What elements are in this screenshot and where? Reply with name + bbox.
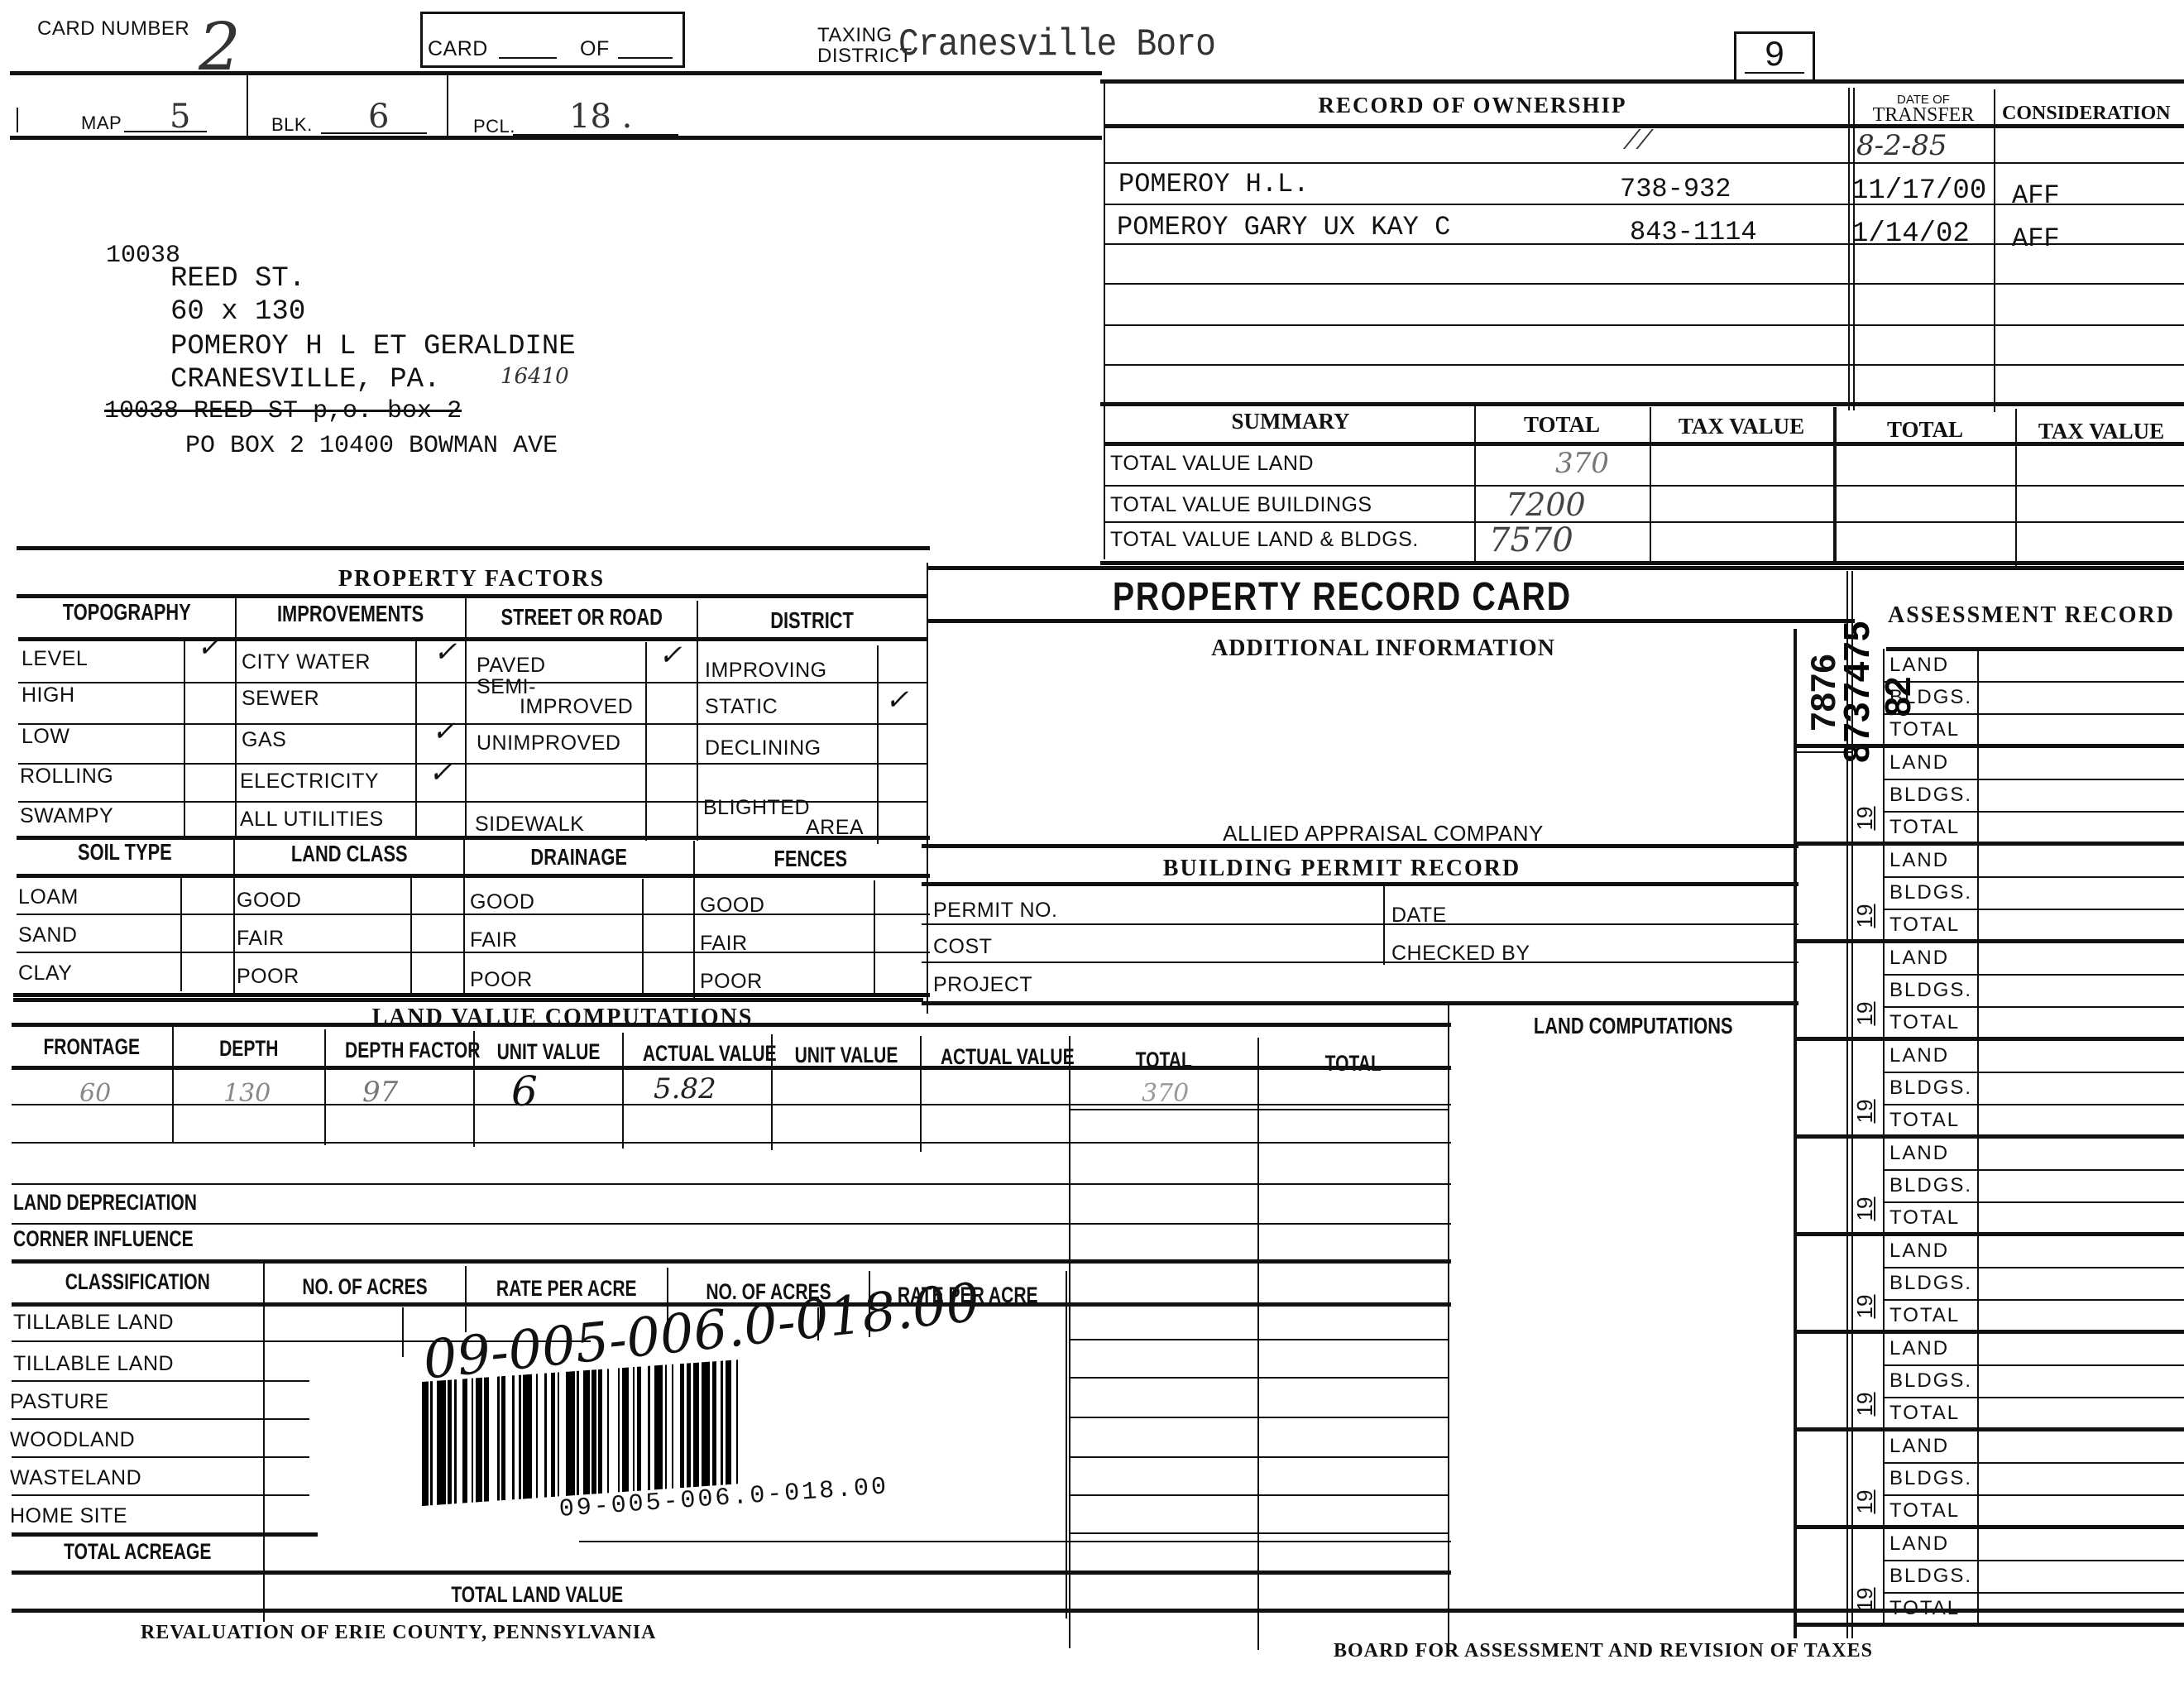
rule xyxy=(465,597,467,839)
rule xyxy=(1070,1109,1448,1110)
assessment-land-label: LAND xyxy=(1889,751,1949,774)
assessment-bldgs-field[interactable] xyxy=(1980,1560,2184,1592)
assessment-total-field[interactable] xyxy=(1980,1397,2184,1429)
owner-date: 11/17/00 xyxy=(1851,175,1986,207)
ownership-row0-date: 8-2-85 xyxy=(1856,129,1947,162)
rule xyxy=(1883,1430,1885,1527)
card-blank[interactable] xyxy=(499,57,557,59)
assessment-land-field[interactable] xyxy=(1980,1332,2184,1364)
rule xyxy=(17,546,930,550)
rule xyxy=(235,596,237,836)
assessment-total-field[interactable] xyxy=(1980,713,2184,746)
barcode-bar xyxy=(536,1374,539,1498)
barcode-bar xyxy=(648,1366,650,1490)
rule xyxy=(18,637,928,641)
rule xyxy=(1100,79,2184,84)
factor-item-low: LOW xyxy=(22,725,69,749)
rule xyxy=(1070,1456,1448,1458)
fences-item: FAIR xyxy=(700,932,748,956)
rule xyxy=(1070,1494,1448,1496)
barcode-bar xyxy=(702,1362,710,1487)
rule xyxy=(10,71,1102,75)
project-field[interactable] xyxy=(1042,966,1787,996)
fences-item: POOR xyxy=(700,970,763,994)
factor-item-swampy: SWAMPY xyxy=(20,804,113,828)
owner-name: POMEROY GARY UX KAY C xyxy=(1117,212,1450,242)
rule xyxy=(12,1183,1451,1185)
map-field[interactable] xyxy=(124,131,207,132)
factor-item-unimproved: UNIMPROVED xyxy=(477,731,620,755)
owner-name: POMEROY H.L. xyxy=(1118,169,1309,199)
drainage-item: POOR xyxy=(470,968,533,992)
assessment-land-field[interactable] xyxy=(1980,1039,2184,1072)
rule xyxy=(12,1142,1451,1144)
classification-item: HOME SITE xyxy=(10,1504,127,1528)
barcode-bar xyxy=(437,1380,445,1505)
assessment-bldgs-field[interactable] xyxy=(1980,1169,2184,1201)
barcode-bar xyxy=(454,1379,457,1503)
district-header: DISTRICT xyxy=(698,607,927,634)
factor-item-blighted-area: BLIGHTEDAREA xyxy=(703,798,869,837)
rule xyxy=(12,1494,309,1496)
assessment-total-label: TOTAL xyxy=(1889,816,1960,839)
check-icon[interactable]: ✓ xyxy=(197,631,221,664)
rule xyxy=(1846,571,1848,1638)
barcode-bar xyxy=(501,1376,505,1500)
rule xyxy=(1105,204,2184,205)
barcode-bar xyxy=(558,1372,560,1496)
stamp-number: 8737475 82 xyxy=(1837,631,1886,763)
rule xyxy=(1105,364,2184,366)
pcl-label: PCL. xyxy=(473,116,515,137)
rule xyxy=(18,763,928,765)
rule xyxy=(928,619,1855,623)
summary-col-tax-value: TAX VALUE xyxy=(1650,414,1833,439)
rule xyxy=(1977,1332,1979,1430)
year-prefix-label: 19 xyxy=(1852,800,1877,837)
assessment-land-label: LAND xyxy=(1889,849,1949,872)
of-blank[interactable] xyxy=(618,57,673,59)
rule xyxy=(1100,561,2184,565)
assessment-land-field[interactable] xyxy=(1980,942,2184,974)
ownership-title: RECORD OF OWNERSHIP xyxy=(1109,93,1837,118)
topography-header: TOPOGRAPHY xyxy=(18,599,235,626)
rule xyxy=(1883,1039,1885,1137)
factor-item-electricity: ELECTRICITY xyxy=(240,770,379,794)
barcode-bar xyxy=(523,1374,531,1499)
rule xyxy=(1105,324,2184,326)
blk-label: BLK. xyxy=(271,114,313,136)
summary-row-label: TOTAL VALUE BUILDINGS xyxy=(1110,493,1372,517)
barcode-bar xyxy=(598,1369,602,1494)
property-factors-title: PROPERTY FACTORS xyxy=(17,566,927,592)
assessment-bldgs-label: BLDGS. xyxy=(1889,1565,1972,1588)
rule xyxy=(12,1532,318,1537)
assessment-total-field[interactable] xyxy=(1980,1104,2184,1136)
map-value: 5 xyxy=(170,98,190,136)
year-prefix-label: 19 xyxy=(1852,1288,1877,1325)
barcode-bar xyxy=(712,1361,716,1485)
rule xyxy=(922,882,1798,886)
lv-header-unit-value: UNIT VALUE xyxy=(475,1039,622,1065)
rule xyxy=(642,879,644,995)
summary-buildings-total: 7200 xyxy=(1506,487,1586,523)
lv-header-depth: DEPTH xyxy=(174,1036,324,1062)
ownership-row0-mark: ⁄ ⁄ xyxy=(1630,124,1647,156)
factor-item-paved: PAVED xyxy=(477,654,546,678)
assessment-total-field[interactable] xyxy=(1980,811,2184,843)
rule xyxy=(874,880,875,996)
barcode-bar xyxy=(497,1376,500,1500)
additional-info-title: ADDITIONAL INFORMATION xyxy=(928,635,1838,662)
assessment-land-label: LAND xyxy=(1889,654,1949,677)
rule xyxy=(263,1263,265,1622)
summary-col-total: TOTAL xyxy=(1474,412,1650,438)
assessment-title: ASSESSMENT RECORD xyxy=(1888,602,2175,629)
rule xyxy=(1105,283,2184,285)
barcode-bar xyxy=(512,1375,515,1499)
map-label: MAP xyxy=(81,113,122,134)
summary-title: SUMMARY xyxy=(1109,409,1473,434)
consideration-header: CONSIDERATION xyxy=(2002,103,2171,125)
rule xyxy=(645,642,647,841)
rule xyxy=(1070,1339,1448,1340)
barcode-bar xyxy=(462,1379,467,1503)
rule xyxy=(184,637,185,836)
rule xyxy=(1105,162,2184,164)
rule xyxy=(1105,485,2184,487)
rule xyxy=(18,723,928,725)
rule xyxy=(1977,1235,1979,1332)
address-line4: CRANESVILLE, PA. xyxy=(170,364,440,396)
assessment-bldgs-label: BLDGS. xyxy=(1889,979,1972,1002)
factor-item-rolling: ROLLING xyxy=(20,765,113,789)
rule xyxy=(1977,942,1979,1039)
rule xyxy=(17,594,927,598)
rule xyxy=(1977,746,1979,844)
classification-item: WASTELAND xyxy=(10,1466,141,1490)
assessment-total-label: TOTAL xyxy=(1889,718,1960,741)
assessment-total-field[interactable] xyxy=(1980,1299,2184,1331)
factor-item-high: HIGH xyxy=(22,683,75,707)
check-icon[interactable]: ✓ xyxy=(885,683,909,717)
land-depreciation-label: LAND DEPRECIATION xyxy=(13,1190,249,1216)
barcode-bar xyxy=(665,1364,668,1489)
rule xyxy=(12,1066,1451,1070)
assessment-bldgs-field[interactable] xyxy=(1980,681,2184,713)
rule xyxy=(928,566,2184,570)
assessment-bldgs-field[interactable] xyxy=(1980,974,2184,1006)
lv-unit-value: 6 xyxy=(511,1067,538,1115)
fences-item: GOOD xyxy=(700,894,764,918)
assessment-bldgs-field[interactable] xyxy=(1980,1462,2184,1494)
address-line6: PO BOX 2 10400 BOWMAN AVE xyxy=(185,432,558,460)
rule xyxy=(1883,942,1885,1039)
owner-consideration: AFF xyxy=(2012,223,2060,254)
land-class-header: LAND CLASS xyxy=(235,841,463,867)
land-computations-field[interactable] xyxy=(1456,1051,1787,1630)
barcode-bar xyxy=(484,1377,488,1501)
additional-info-field[interactable] xyxy=(932,662,1792,827)
assessment-land-label: LAND xyxy=(1889,1240,1949,1263)
boxed-number: 9 xyxy=(1734,31,1815,83)
assessment-land-field[interactable] xyxy=(1980,1235,2184,1267)
boxed-number-underline xyxy=(1745,72,1804,74)
barcode-bar xyxy=(430,1381,433,1505)
rule xyxy=(402,1307,404,1357)
land-class-item: GOOD xyxy=(237,889,301,913)
assessment-total-label: TOTAL xyxy=(1889,1011,1960,1034)
classification-item: TILLABLE LAND xyxy=(13,1352,174,1376)
year-prefix-label: 19 xyxy=(1852,1484,1877,1520)
factor-item-all-utilities: ALL UTILITIES xyxy=(240,808,384,832)
factor-item-semi-improved: SEMI-IMPROVED xyxy=(477,677,642,717)
assessment-land-field[interactable] xyxy=(1980,1137,2184,1169)
rule xyxy=(1848,88,1850,410)
rule xyxy=(12,1609,2184,1613)
rule xyxy=(410,877,412,993)
rule xyxy=(1070,1532,1448,1534)
assessment-total-label: TOTAL xyxy=(1889,1402,1960,1425)
rate-header: RATE PER ACRE xyxy=(467,1276,667,1302)
rule xyxy=(1105,243,2184,245)
lv-header-actual-value: ACTUAL VALUE xyxy=(624,1041,771,1067)
summary-land-total: 370 xyxy=(1555,447,1609,480)
lv-actual-value: 5.82 xyxy=(654,1072,716,1105)
year-prefix-label: 19 xyxy=(1852,995,1877,1032)
acres-header: NO. OF ACRES xyxy=(265,1274,465,1300)
lv-header-frontage: FRONTAGE xyxy=(12,1034,172,1060)
classification-item: PASTURE xyxy=(10,1390,109,1414)
card-of-box: CARD OF xyxy=(420,12,685,68)
rule xyxy=(12,1571,1451,1575)
check-icon[interactable]: ✓ xyxy=(659,639,682,672)
barcode-bar xyxy=(721,1361,723,1485)
classification-item: TILLABLE LAND xyxy=(13,1311,174,1335)
blk-value: 6 xyxy=(368,98,389,136)
permit-no-label: PERMIT NO. xyxy=(933,899,1057,923)
rule xyxy=(1105,442,2184,446)
assessment-total-field[interactable] xyxy=(1980,1494,2184,1527)
rule xyxy=(1883,1332,1885,1430)
summary-row-label: TOTAL VALUE LAND xyxy=(1110,452,1314,476)
rule xyxy=(1383,885,1385,965)
boxed-number-value: 9 xyxy=(1736,34,1813,74)
assessment-bldgs-field[interactable] xyxy=(1980,779,2184,811)
summary-land-bldgs-total: 7570 xyxy=(1489,521,1573,559)
assessment-land-label: LAND xyxy=(1889,1142,1949,1165)
assessment-total-label: TOTAL xyxy=(1889,1109,1960,1132)
barcode-bar xyxy=(591,1369,596,1494)
factor-item-static: STATIC xyxy=(705,695,778,719)
barcode-bar xyxy=(726,1360,732,1485)
assessment-land-label: LAND xyxy=(1889,947,1949,970)
rule xyxy=(12,1259,1451,1264)
assessment-land-field[interactable] xyxy=(1980,649,2184,681)
owner-consideration: AFF xyxy=(2012,180,2060,211)
barcode-bar xyxy=(736,1360,739,1484)
summary-col-tax-value-2: TAX VALUE xyxy=(2019,419,2184,444)
barcode-bar xyxy=(680,1364,684,1488)
rule xyxy=(579,1541,1451,1542)
assessment-land-field[interactable] xyxy=(1980,1527,2184,1560)
assessment-bldgs-label: BLDGS. xyxy=(1889,1467,1972,1490)
assessment-bldgs-field[interactable] xyxy=(1980,1364,2184,1397)
check-icon[interactable]: ✓ xyxy=(432,715,456,748)
street-road-header: STREET OR ROAD xyxy=(467,604,697,631)
rule xyxy=(1883,746,1885,844)
rule xyxy=(922,844,1798,848)
project-label: PROJECT xyxy=(933,973,1032,997)
cost-field[interactable] xyxy=(1009,930,1373,961)
rule xyxy=(1794,629,1797,1638)
address-prefix: 10038 xyxy=(106,242,180,270)
assessment-bldgs-label: BLDGS. xyxy=(1889,686,1972,709)
rule xyxy=(12,1104,1451,1105)
soil-item: SAND xyxy=(18,923,77,947)
address-line2: 60 x 130 xyxy=(170,296,305,328)
of-label: OF xyxy=(580,37,610,61)
rule xyxy=(1977,1039,1979,1137)
barcode-bar xyxy=(672,1364,674,1489)
year-prefix-label: 19 xyxy=(1852,1093,1877,1129)
rule xyxy=(12,1380,309,1382)
assessment-bldgs-field[interactable] xyxy=(1980,1267,2184,1299)
assessment-bldgs-field[interactable] xyxy=(1980,1072,2184,1104)
lv-header-depth-factor: DEPTH FACTOR xyxy=(326,1038,473,1063)
assessment-land-label: LAND xyxy=(1889,1044,1949,1067)
year-prefix-label: 19 xyxy=(1852,898,1877,934)
barcode-bar xyxy=(583,1370,590,1495)
assessment-total-field[interactable] xyxy=(1980,1201,2184,1234)
barcode-bar xyxy=(577,1371,579,1495)
total-land-value-label: TOTAL LAND VALUE xyxy=(12,1582,1062,1608)
barcode-bar xyxy=(637,1366,641,1490)
land-class-item: FAIR xyxy=(237,927,285,951)
rule xyxy=(1883,649,1885,746)
corner-influence-label: CORNER INFLUENCE xyxy=(13,1226,244,1252)
barcode-bar xyxy=(472,1379,474,1503)
lv-header-unit-value-2: UNIT VALUE xyxy=(773,1043,920,1068)
barcode-bar xyxy=(687,1363,691,1487)
rule xyxy=(927,563,928,1014)
land-class-item: POOR xyxy=(237,965,299,989)
rule xyxy=(247,73,248,136)
assessment-bldgs-label: BLDGS. xyxy=(1889,1272,1972,1295)
rule xyxy=(13,998,923,1002)
taxing-district-value: Cranesville Boro xyxy=(898,23,1215,66)
rule xyxy=(1070,1377,1448,1379)
assessment-bldgs-label: BLDGS. xyxy=(1889,881,1972,904)
barcode-bar xyxy=(622,1368,629,1493)
soil-type-header: SOIL TYPE xyxy=(18,839,232,866)
assessment-total-label: TOTAL xyxy=(1889,1206,1960,1230)
footer-right: BOARD FOR ASSESSMENT AND REVISION OF TAX… xyxy=(1334,1640,1873,1662)
card-label: CARD xyxy=(428,37,488,61)
rule xyxy=(1883,1137,1885,1235)
barcode-bar xyxy=(618,1368,620,1492)
rule xyxy=(447,73,448,137)
year-prefix-label: 19 xyxy=(1852,1386,1877,1422)
rule xyxy=(1977,1137,1979,1235)
rule xyxy=(12,1223,1451,1225)
assessment-land-field[interactable] xyxy=(1980,844,2184,876)
assessment-bldgs-label: BLDGS. xyxy=(1889,1174,1972,1197)
assessment-total-label: TOTAL xyxy=(1889,914,1960,937)
rule xyxy=(1104,79,1105,559)
rule xyxy=(2015,409,2017,566)
address-zip-handwritten: 16410 xyxy=(500,364,569,389)
appraiser-name: ALLIED APPRAISAL COMPANY xyxy=(928,821,1838,846)
check-icon[interactable]: ✓ xyxy=(429,756,453,789)
rule xyxy=(1977,844,1979,942)
fences-header: FENCES xyxy=(695,846,927,872)
rule xyxy=(1977,649,1979,746)
owner-date: 1/14/02 xyxy=(1851,218,1970,250)
summary-row-label: TOTAL VALUE LAND & BLDGS. xyxy=(1110,528,1419,552)
factor-item-sidewalk: SIDEWALK xyxy=(475,813,584,837)
rule xyxy=(1100,402,2184,406)
summary-col-total-2: TOTAL xyxy=(1838,417,2012,443)
soil-item: LOAM xyxy=(18,885,79,909)
barcode-bar xyxy=(654,1365,663,1490)
assessment-total-field[interactable] xyxy=(1980,909,2184,941)
rule xyxy=(1977,1430,1979,1527)
rule xyxy=(1105,521,2184,523)
factor-item-gas: GAS xyxy=(242,728,286,752)
assessment-bldgs-label: BLDGS. xyxy=(1889,1369,1972,1393)
drainage-header: DRAINAGE xyxy=(465,844,693,870)
date-header: TRANSFER xyxy=(1853,104,1994,127)
card-number-label: CARD NUMBER xyxy=(37,18,136,40)
rule xyxy=(10,136,1102,140)
rule xyxy=(877,645,879,844)
rule xyxy=(17,108,18,132)
rule xyxy=(12,1456,309,1458)
rule xyxy=(1883,1235,1885,1332)
soil-item: CLAY xyxy=(18,961,72,985)
barcode-bar xyxy=(551,1373,555,1497)
assessment-land-field[interactable] xyxy=(1980,746,2184,779)
barcode-bar xyxy=(566,1371,574,1496)
assessment-bldgs-field[interactable] xyxy=(1980,876,2184,909)
rule xyxy=(12,1023,1451,1027)
rule xyxy=(1070,1417,1448,1418)
barcode-bar xyxy=(476,1378,482,1503)
address-line3: POMEROY H L ET GERALDINE xyxy=(170,331,576,362)
barcode-bar xyxy=(422,1381,429,1506)
assessment-land-field[interactable] xyxy=(1980,1430,2184,1462)
land-computations-title: LAND COMPUTATIONS xyxy=(1451,1013,1815,1039)
assessment-total-field[interactable] xyxy=(1980,1006,2184,1038)
total-acreage-label: TOTAL ACREAGE xyxy=(12,1539,263,1565)
lv-header-total-2: TOTAL xyxy=(1259,1051,1448,1077)
rule xyxy=(922,961,1798,963)
address-line1: REED ST. xyxy=(170,263,305,295)
permit-date-field[interactable] xyxy=(1456,894,1787,927)
rule xyxy=(415,639,417,837)
factor-item-sewer: SEWER xyxy=(242,687,319,711)
year-prefix-label: 19 xyxy=(1852,1191,1877,1227)
factor-item-city-water: CITY WATER xyxy=(242,650,371,674)
address-line5-struck: 10038 REED ST p,o. box 2 xyxy=(104,397,462,425)
check-icon[interactable]: ✓ xyxy=(433,635,457,669)
improvements-header: IMPROVEMENTS xyxy=(237,601,465,627)
checked-by-field[interactable] xyxy=(1539,932,1787,963)
barcode-bar xyxy=(607,1369,610,1493)
permit-no-field[interactable] xyxy=(1075,890,1373,923)
land-value-title: LAND VALUE COMPUTATIONS xyxy=(33,1005,1092,1031)
